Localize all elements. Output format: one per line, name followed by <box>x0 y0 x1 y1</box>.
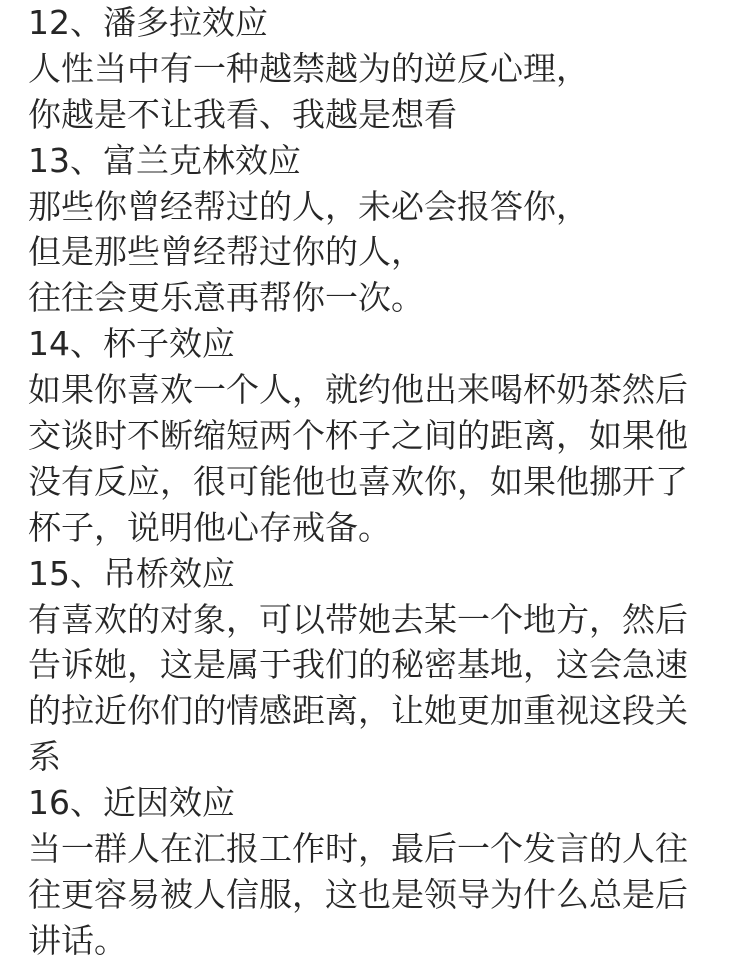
body-line: 那些你曾经帮过的人，未必会报答你， <box>28 184 730 230</box>
body-line: 当一群人在汇报工作时，最后一个发言的人往 <box>28 826 730 872</box>
body-line: 人性当中有一种越禁越为的逆反心理， <box>28 46 730 92</box>
body-line: 没有反应，很可能他也喜欢你，如果他挪开了 <box>28 459 730 505</box>
section-franklin-effect: 13、富兰克林效应 那些你曾经帮过的人，未必会报答你， 但是那些曾经帮过你的人，… <box>28 138 730 322</box>
body-line: 讲话。 <box>28 918 730 964</box>
section-heading: 14、杯子效应 <box>28 321 730 367</box>
section-heading: 15、吊桥效应 <box>28 551 730 597</box>
section-pandora-effect: 12、潘多拉效应 人性当中有一种越禁越为的逆反心理， 你越是不让我看、我越是想看 <box>28 0 730 138</box>
section-heading: 12、潘多拉效应 <box>28 0 730 46</box>
section-heading: 13、富兰克林效应 <box>28 138 730 184</box>
body-line: 的拉近你们的情感距离，让她更加重视这段关 <box>28 688 730 734</box>
document-body: 12、潘多拉效应 人性当中有一种越禁越为的逆反心理， 你越是不让我看、我越是想看… <box>28 0 730 964</box>
section-recency-effect: 16、近因效应 当一群人在汇报工作时，最后一个发言的人往 往更容易被人信服，这也… <box>28 780 730 964</box>
body-line: 交谈时不断缩短两个杯子之间的距离，如果他 <box>28 413 730 459</box>
section-suspension-bridge-effect: 15、吊桥效应 有喜欢的对象，可以带她去某一个地方，然后 告诉她，这是属于我们的… <box>28 551 730 780</box>
section-heading: 16、近因效应 <box>28 780 730 826</box>
body-line: 有喜欢的对象，可以带她去某一个地方，然后 <box>28 597 730 643</box>
body-line: 如果你喜欢一个人，就约他出来喝杯奶茶然后 <box>28 367 730 413</box>
body-line: 往往会更乐意再帮你一次。 <box>28 275 730 321</box>
body-line: 你越是不让我看、我越是想看 <box>28 92 730 138</box>
section-cup-effect: 14、杯子效应 如果你喜欢一个人，就约他出来喝杯奶茶然后 交谈时不断缩短两个杯子… <box>28 321 730 550</box>
body-line: 系 <box>28 734 730 780</box>
body-line: 告诉她，这是属于我们的秘密基地，这会急速 <box>28 642 730 688</box>
body-line: 往更容易被人信服，这也是领导为什么总是后 <box>28 872 730 918</box>
body-line: 杯子，说明他心存戒备。 <box>28 505 730 551</box>
body-line: 但是那些曾经帮过你的人， <box>28 229 730 275</box>
